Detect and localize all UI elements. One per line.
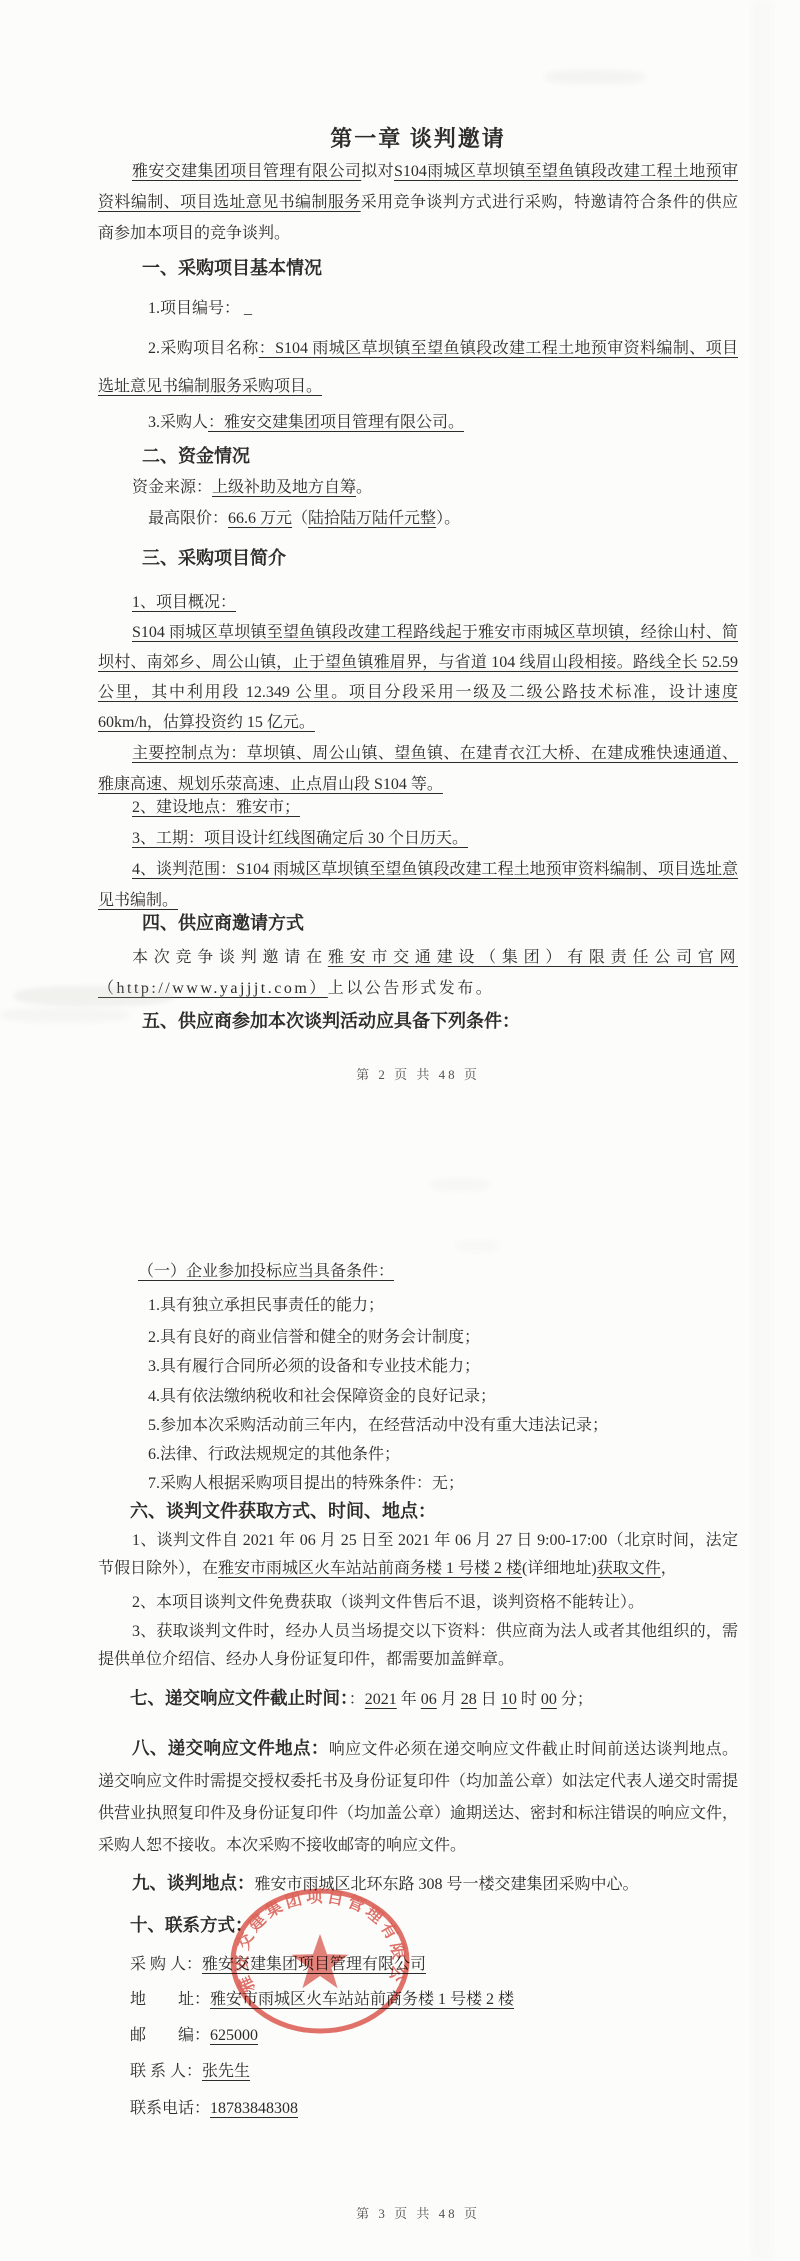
condition-item: 4.具有依法缴纳税收和社会保障资金的良好记录； xyxy=(98,1382,738,1411)
seal-company-text: 雅安交建集团项目管理有限公司 xyxy=(228,1886,409,1996)
run: （ xyxy=(292,510,308,527)
run: 雅安市雨城区火车站站前商务楼 1 号楼 2 楼 xyxy=(218,1560,522,1577)
run: 1、项目概况： xyxy=(132,594,236,611)
run: 上级补助及地方自筹 xyxy=(212,479,356,496)
contact-value: 张先生 xyxy=(202,2063,250,2080)
run: 06 xyxy=(421,1691,437,1708)
run: 66.6 万元 xyxy=(228,510,292,527)
run: ： xyxy=(349,1691,365,1708)
contact-value: 雅安交建集团项目管理有限公司 xyxy=(202,1956,426,1973)
run: 28 xyxy=(461,1691,477,1708)
run: 月 xyxy=(437,1691,461,1708)
condition-item: 7.采购人根据采购项目提出的特殊条件：无； xyxy=(98,1469,738,1498)
negotiation-place-line: 九、谈判地点：雅安市雨城区北环东路 308 号一楼交建集团采购中心。 xyxy=(98,1870,738,1898)
chapter-title: 第一章 谈判邀请 xyxy=(98,124,738,154)
purchaser-line: 3.采购人：雅安交建集团项目管理有限公司。 xyxy=(98,407,738,438)
contact-row: 采 购 人：雅安交建集团项目管理有限公司 xyxy=(130,1952,738,1978)
project-name-line: 2.采购项目名称：S104 雨城区草坝镇至望鱼镇段改建工程土地预审资料编制、项目… xyxy=(98,330,738,406)
page-3-footer: 第 3 页 共 48 页 xyxy=(98,2205,738,2223)
run: 资金来源： xyxy=(132,479,212,496)
control-points-paragraph: 主要控制点为：草坝镇、周公山镇、望鱼镇、在建青衣江大桥、在建成雅快速通道、雅康高… xyxy=(98,738,738,800)
run: 2.采购项目名称 xyxy=(148,340,259,357)
run: 00 xyxy=(541,1691,557,1708)
project-number-line: 1.项目编号： _ xyxy=(98,293,738,324)
run: 3、工期：项目设计红线图确定后 30 个日历天。 xyxy=(132,830,468,847)
run: 4、谈判范围：S104 雨城区草坝镇至望鱼镇段改建工程土地预审资料编制、项目选址… xyxy=(98,861,738,909)
svg-text:雅安交建集团项目管理有限公司: 雅安交建集团项目管理有限公司 xyxy=(228,1886,409,1996)
section-7-heading: 七、递交响应文件截止时间： xyxy=(130,1688,349,1708)
condition-item: 2.具有良好的商业信誉和健全的财务会计制度； xyxy=(98,1323,738,1352)
contact-row: 联系电话：18783848308 xyxy=(130,2096,738,2122)
run: 上以公告形式发布。 xyxy=(328,980,495,997)
contact-label: 邮 编： xyxy=(130,2027,210,2044)
run: 3.采购人 xyxy=(148,414,208,431)
contact-label: 采 购 人： xyxy=(130,1956,202,1973)
condition-item: 1.具有独立承担民事责任的能力； xyxy=(98,1291,738,1320)
run: (详细地址) xyxy=(522,1560,597,1577)
scope-paragraph: 4、谈判范围：S104 雨城区草坝镇至望鱼镇段改建工程土地预审资料编制、项目选址… xyxy=(98,854,738,916)
scan-artifact xyxy=(455,1240,499,1252)
price-limit-line: 最高限价：66.6 万元（陆拾陆万陆仟元整）。 xyxy=(98,503,738,534)
overview-paragraph: S104 雨城区草坝镇至望鱼镇段改建工程路线起于雅安市雨城区草坝镇，经徐山村、简… xyxy=(98,618,738,738)
run: 获取文件 xyxy=(597,1560,661,1577)
run: 雅安市雨城区北环东路 308 号一楼交建集团采购中心。 xyxy=(255,1876,639,1893)
run: 2、建设地点：雅安市； xyxy=(132,799,300,816)
contact-label: 地 址： xyxy=(130,1991,210,2008)
page-2-footer: 第 2 页 共 48 页 xyxy=(98,1066,738,1084)
duration-line: 3、工期：项目设计红线图确定后 30 个日历天。 xyxy=(98,823,738,854)
fund-source-line: 资金来源：上级补助及地方自筹。 xyxy=(98,472,738,503)
run: 主要控制点为：草坝镇、周公山镇、望鱼镇、在建青衣江大桥、在建成雅快速通道、雅康高… xyxy=(98,745,738,793)
deadline-line: 七、递交响应文件截止时间：：2021 年 06 月 28 日 10 时 00 分… xyxy=(130,1685,738,1713)
run: 日 xyxy=(477,1691,501,1708)
bidder-conditions-label: （一）企业参加投标应当具备条件： xyxy=(98,1256,738,1287)
contact-value: 雅安市雨城区火车站站前商务楼 1 号楼 2 楼 xyxy=(210,1991,514,2008)
run: ， xyxy=(661,1560,677,1577)
announcement-paragraph: 本次竞争谈判邀请在雅安市交通建设（集团）有限责任公司官网（http://www.… xyxy=(98,942,738,1004)
run: （一）企业参加投标应当具备条件： xyxy=(138,1263,394,1280)
run: 。 xyxy=(356,479,372,496)
intro-paragraph: 雅安交建集团项目管理有限公司拟对S104雨城区草坝镇至望鱼镇段改建工程土地预审资… xyxy=(98,156,738,249)
run: 1.项目编号： xyxy=(148,300,240,317)
contact-row: 联 系 人：张先生 xyxy=(130,2059,738,2085)
contact-row: 邮 编：625000 xyxy=(130,2023,738,2049)
scan-artifact xyxy=(430,1178,490,1191)
section-3-heading: 三、采购项目简介 xyxy=(142,545,738,571)
blank-field: _ xyxy=(244,300,252,317)
contact-value: 18783848308 xyxy=(210,2100,298,2117)
section-6-heading: 六、谈判文件获取方式、时间、地点： xyxy=(130,1498,738,1524)
section-2-heading: 二、资金情况 xyxy=(142,443,738,469)
run: 最高限价： xyxy=(148,510,228,527)
run: 年 xyxy=(397,1691,421,1708)
submission-place-paragraph: 八、递交响应文件地点：响应文件必须在递交响应文件截止时间前送达谈判地点。递交响应… xyxy=(98,1732,738,1862)
contact-label: 联 系 人： xyxy=(130,2063,202,2080)
run: ：雅安交建集团项目管理有限公司。 xyxy=(208,414,464,431)
run: 时 xyxy=(517,1691,541,1708)
condition-item: 5.参加本次采购活动前三年内，在经营活动中没有重大违法记录； xyxy=(98,1411,738,1440)
contact-label: 联系电话： xyxy=(130,2100,210,2117)
section-4-heading: 四、供应商邀请方式 xyxy=(142,910,738,936)
run: 10 xyxy=(501,1691,517,1708)
document-page: 第一章 谈判邀请 雅安交建集团项目管理有限公司拟对S104雨城区草坝镇至望鱼镇段… xyxy=(0,0,800,2261)
run: 本次竞争谈判邀请在 xyxy=(132,949,328,966)
run: 2021 xyxy=(365,1691,397,1708)
doc-obtain-paragraph-2: 2、本项目谈判文件免费获取（谈判文件售后不退，谈判资格不能转让）。 xyxy=(98,1589,738,1617)
contact-row: 地 址：雅安市雨城区火车站站前商务楼 1 号楼 2 楼 xyxy=(130,1987,738,2013)
run: S104 雨城区草坝镇至望鱼镇段改建工程路线起于雅安市雨城区草坝镇，经徐山村、简… xyxy=(98,624,738,731)
section-1-heading: 一、采购项目基本情况 xyxy=(142,255,738,281)
section-8-heading: 八、递交响应文件地点： xyxy=(132,1738,329,1758)
section-10-heading: 十、联系方式： xyxy=(130,1912,738,1938)
section-9-heading: 九、谈判地点： xyxy=(132,1873,255,1893)
scan-artifact xyxy=(545,70,645,84)
overview-label: 1、项目概况： xyxy=(98,587,738,618)
contact-value: 625000 xyxy=(210,2027,258,2044)
section-5-heading: 五、供应商参加本次谈判活动应具备下列条件： xyxy=(142,1008,738,1034)
run: 分； xyxy=(557,1691,593,1708)
doc-obtain-paragraph-1: 1、谈判文件自 2021 年 06 月 25 日至 2021 年 06 月 27… xyxy=(98,1527,738,1583)
doc-obtain-paragraph-3: 3、获取谈判文件时，经办人员当场提交以下资料：供应商为法人或者其他组织的，需提供… xyxy=(98,1618,738,1674)
scan-artifact xyxy=(752,0,772,2261)
run: 拟对 xyxy=(361,163,394,180)
run: ）。 xyxy=(436,510,460,527)
run: 陆拾陆万陆仟元整 xyxy=(308,510,436,527)
scan-artifact xyxy=(14,986,174,1006)
run: 雅安交建集团项目管理有限公司 xyxy=(132,163,361,180)
condition-item: 6.法律、行政法规规定的其他条件； xyxy=(98,1440,738,1469)
condition-item: 3.具有履行合同所必须的设备和专业技术能力； xyxy=(98,1352,738,1381)
scan-artifact xyxy=(0,1008,130,1022)
